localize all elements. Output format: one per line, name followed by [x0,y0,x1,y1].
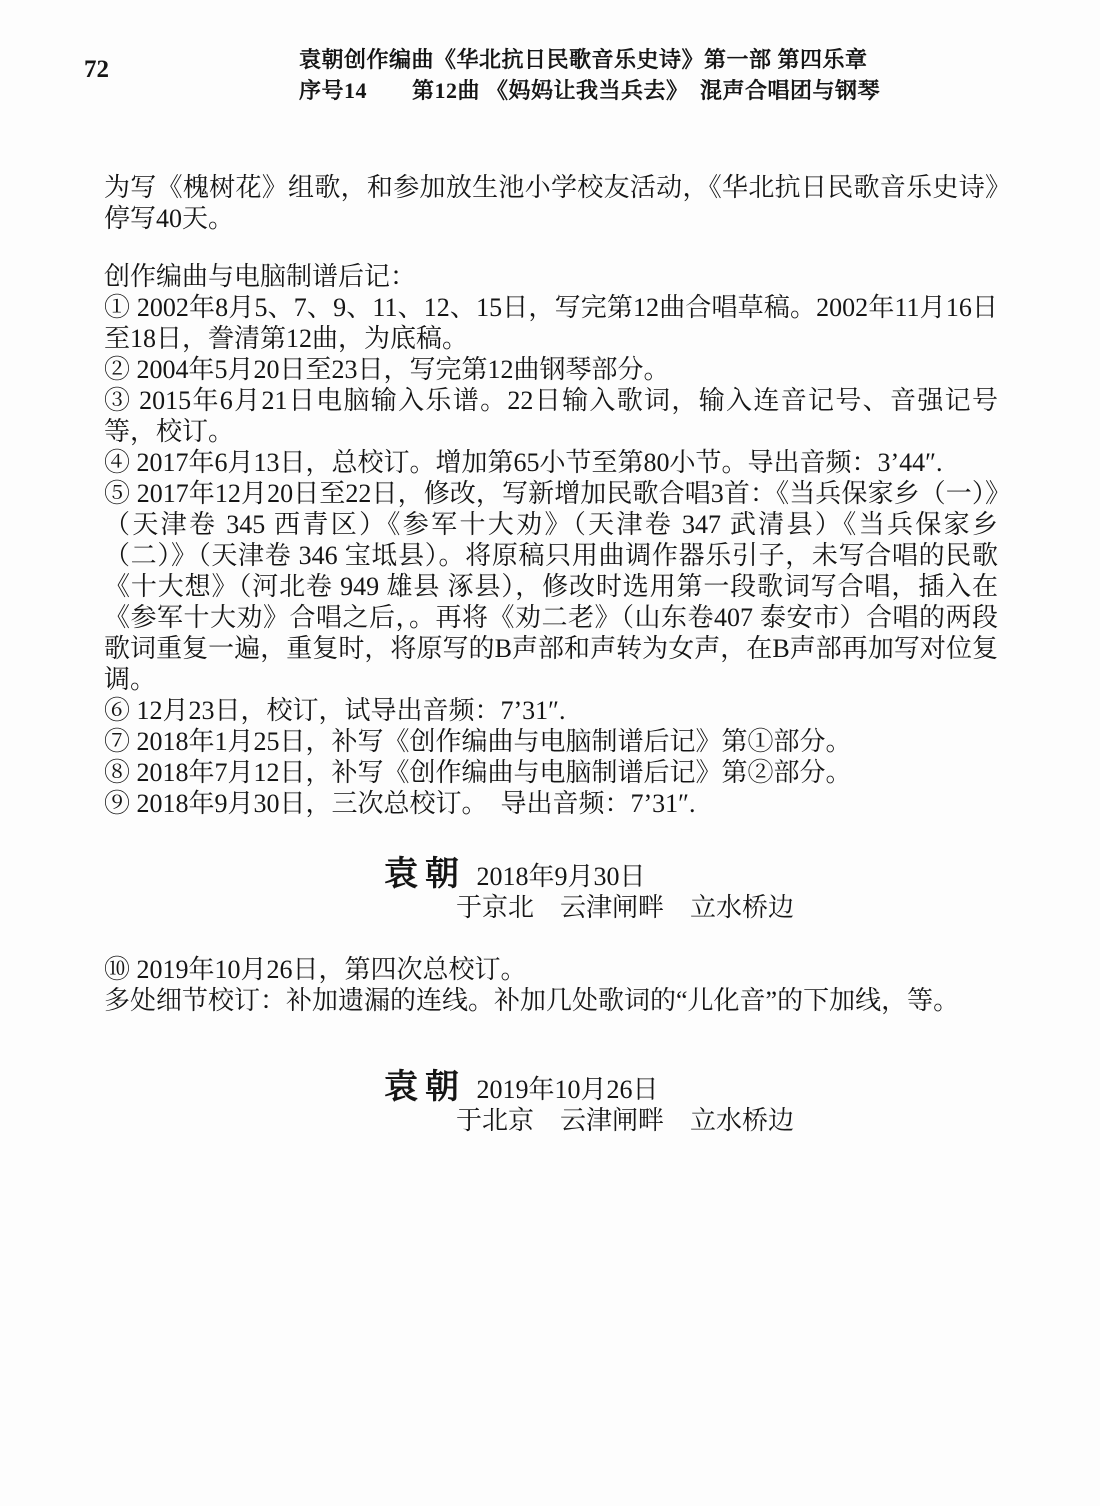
header-line-2: 序号14 第12曲 《妈妈让我当兵去》 混声合唱团与钢琴 [299,75,959,106]
header-line-1: 袁朝创作编曲《华北抗日民歌音乐史诗》第一部 第四乐章 [299,44,959,75]
postscript-item-6: ⑥ 12月23日，校订，试导出音频：7’31″. [104,695,998,726]
postscript-item-10: ⑩ 2019年10月26日，第四次总校订。 [104,954,998,985]
document-page: 72 袁朝创作编曲《华北抗日民歌音乐史诗》第一部 第四乐章 序号14 第12曲 … [0,0,1100,1506]
signature-name: 袁朝 [384,855,466,893]
signature-block-2018: 袁朝 2018年9月30日 于京北 云津闸畔 立水桥边 [104,859,998,923]
signature-location: 于京北 云津闸畔 立水桥边 [456,892,998,923]
postscript-item-2: ② 2004年5月20日至23日，写完第12曲钢琴部分。 [104,354,998,385]
running-header: 袁朝创作编曲《华北抗日民歌音乐史诗》第一部 第四乐章 序号14 第12曲 《妈妈… [299,44,959,106]
postscript-item-8: ⑧ 2018年7月12日，补写《创作编曲与电脑制谱后记》第②部分。 [104,757,998,788]
postscript-item-4: ④ 2017年6月13日，总校订。增加第65小节至第80小节。导出音频：3’44… [104,447,998,478]
postscript-item-10-detail: 多处细节校订：补加遗漏的连线。补加几处歌词的“儿化音”的下加线，等。 [104,985,998,1016]
postscript-item-3: ③ 2015年6月21日电脑输入乐谱。22日输入歌词，输入连音记号、音强记号等，… [104,385,998,447]
signature-location: 于北京 云津闸畔 立水桥边 [456,1105,998,1136]
postscript-item-1: ① 2002年8月5、7、9、11、12、15日，写完第12曲合唱草稿。2002… [104,292,998,354]
signature-date: 2019年10月26日 [477,1075,659,1104]
postscript-item-9: ⑨ 2018年9月30日，三次总校订。 导出音频：7’31″. [104,788,998,819]
signature-name: 袁朝 [384,1068,466,1106]
page-number: 72 [84,56,109,84]
signature-date: 2018年9月30日 [477,862,646,891]
signature-block-2019: 袁朝 2019年10月26日 于北京 云津闸畔 立水桥边 [104,1072,998,1136]
signature-line: 袁朝 2019年10月26日 [384,1072,998,1105]
intro-paragraph: 为写《槐树花》组歌，和参加放生池小学校友活动，《华北抗日民歌音乐史诗》停写40天… [104,172,998,234]
page-content: 为写《槐树花》组歌，和参加放生池小学校友活动，《华北抗日民歌音乐史诗》停写40天… [104,172,998,1136]
signature-line: 袁朝 2018年9月30日 [384,859,998,892]
postscript-item-7: ⑦ 2018年1月25日，补写《创作编曲与电脑制谱后记》第①部分。 [104,726,998,757]
postscript-item-5: ⑤ 2017年12月20日至22日，修改，写新增加民歌合唱3首：《当兵保家乡（一… [104,478,998,695]
postscript-title: 创作编曲与电脑制谱后记： [104,261,998,292]
